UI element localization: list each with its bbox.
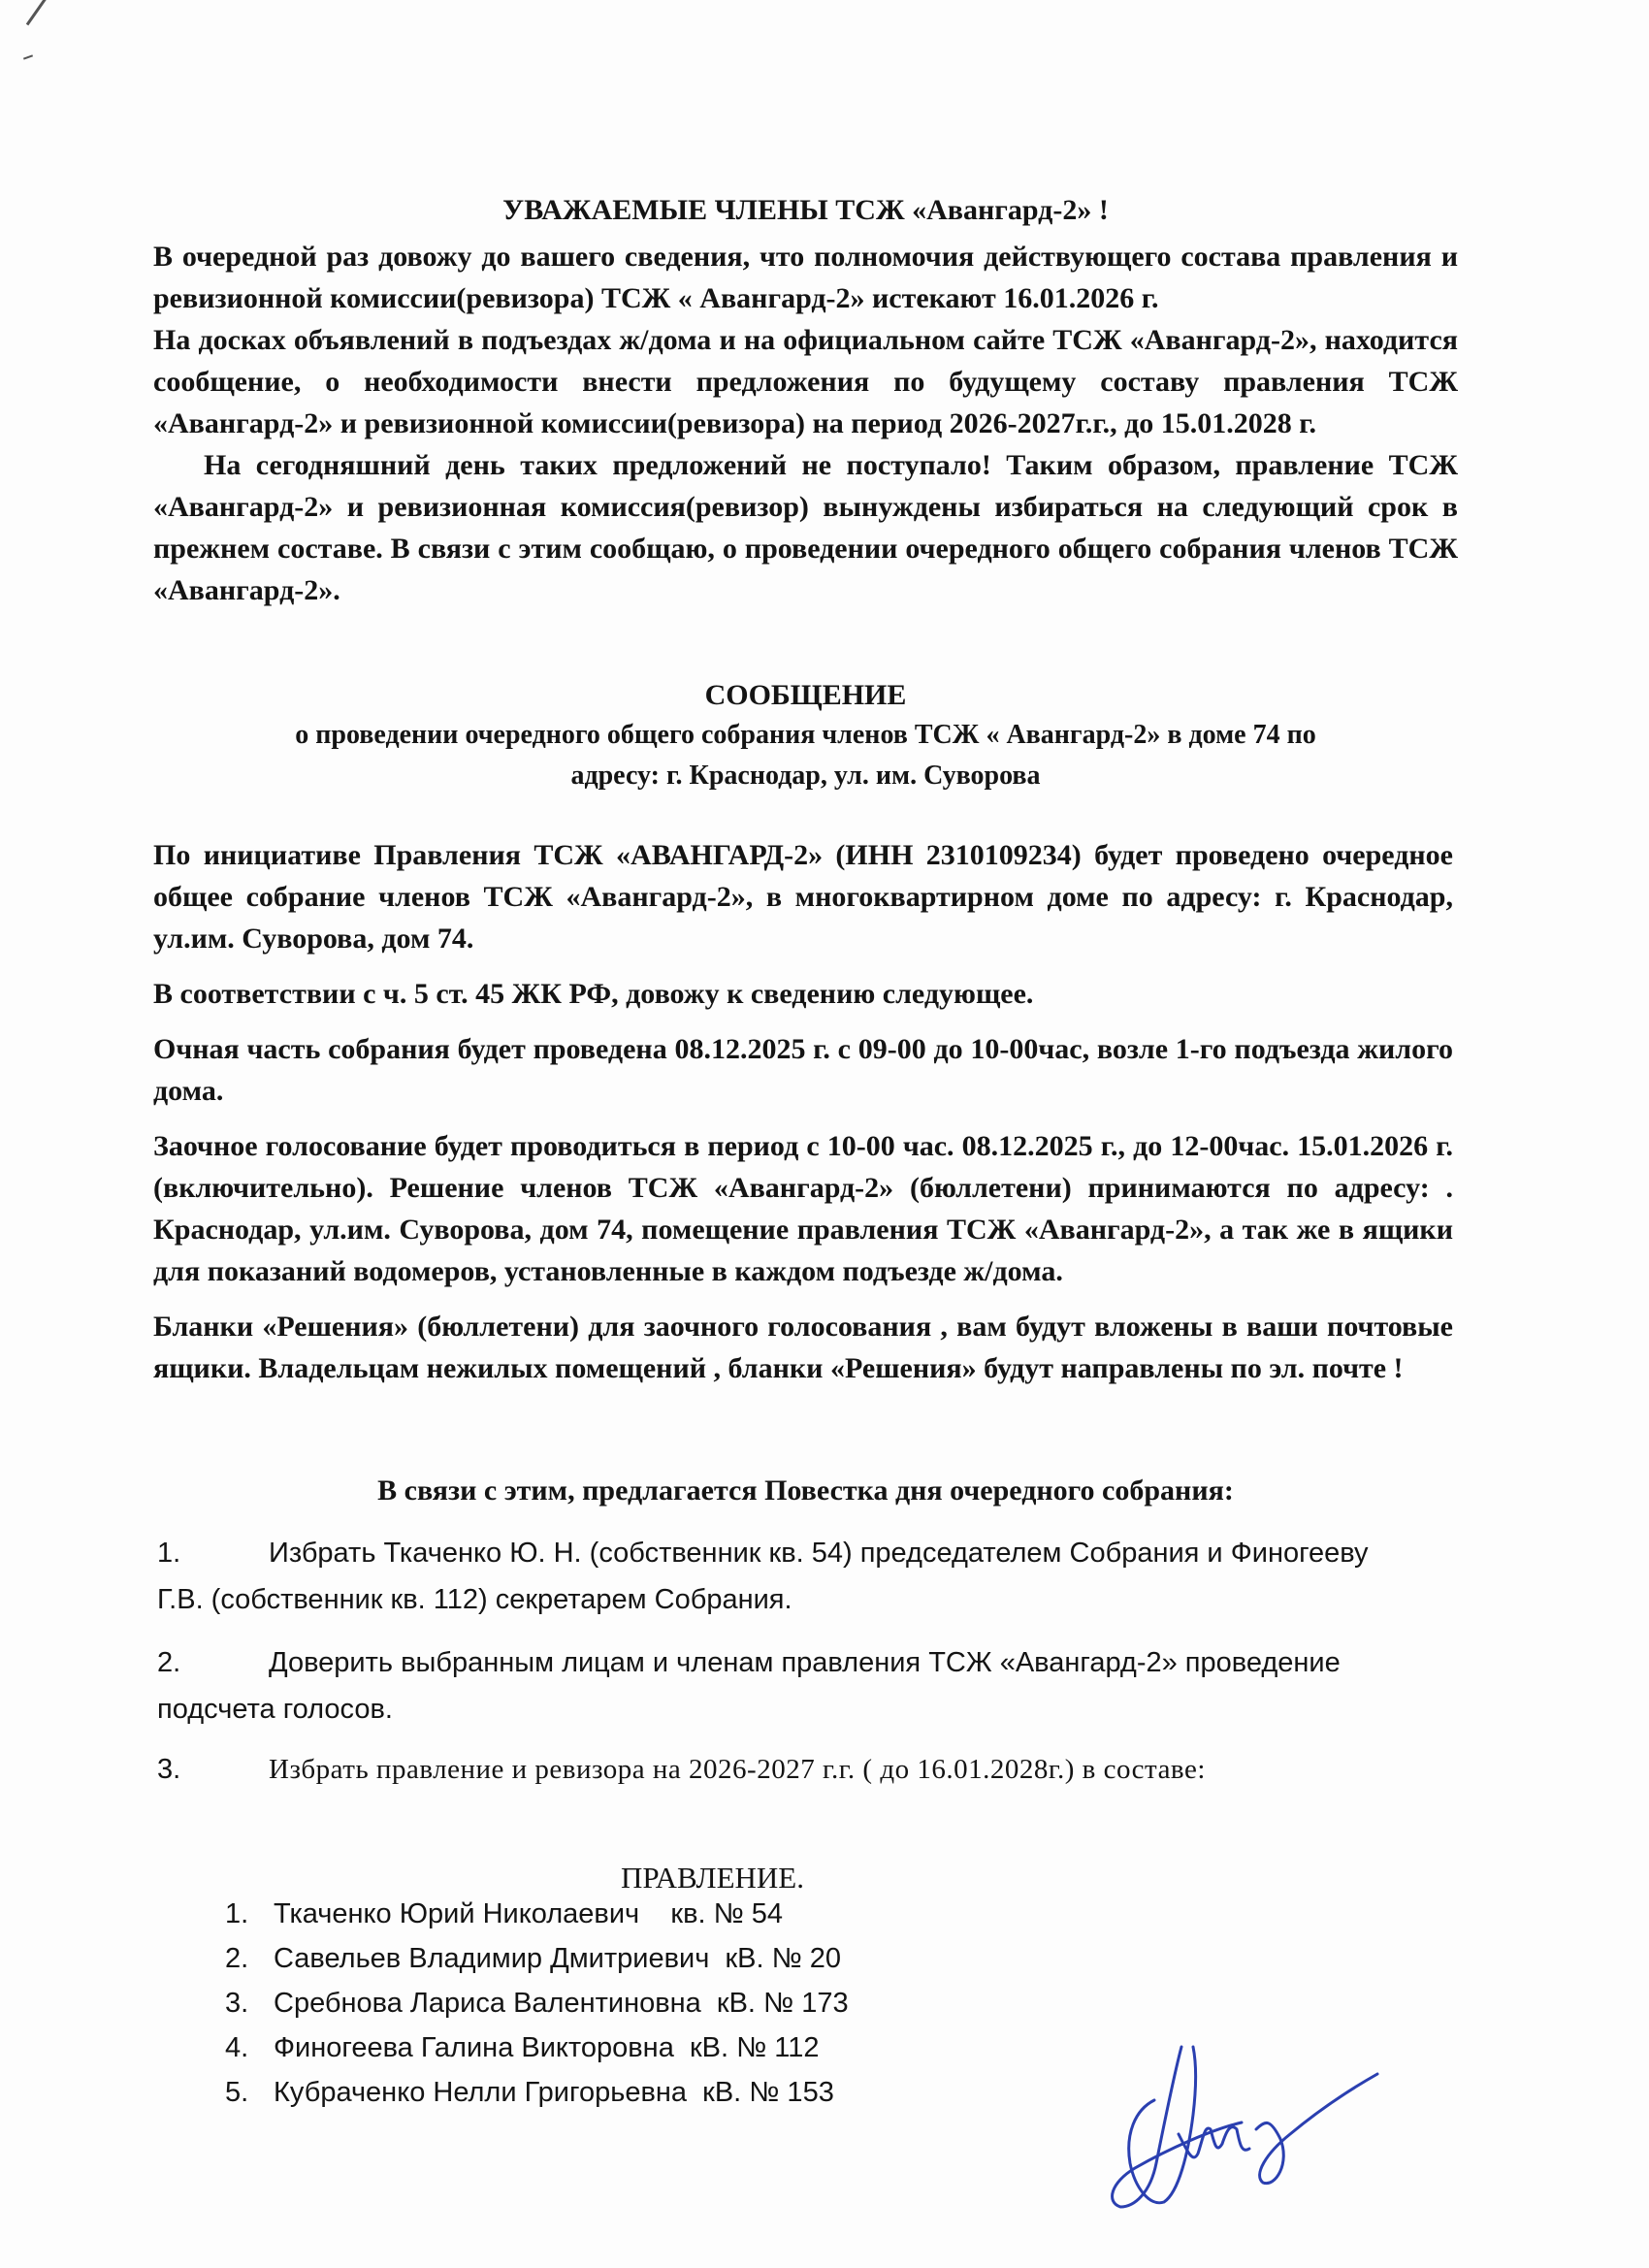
- board-member: 4.Финогеева Галина Викторовна кВ. № 112: [225, 2025, 849, 2070]
- intro-paragraph-3: На сегодняшний день таких предложений не…: [153, 444, 1458, 611]
- agenda-text: Избрать правление и ревизора на 2026-202…: [269, 1754, 1206, 1785]
- member-name: Кубраченко Нелли Григорьевна: [274, 2077, 687, 2108]
- document-page: УВАЖАЕМЫЕ ЧЛЕНЫ ТСЖ «Авангард-2» ! В оче…: [0, 0, 1649, 2268]
- member-number: 2.: [225, 1936, 274, 1981]
- agenda-number: 2.: [157, 1639, 269, 1686]
- agenda-number: 3.: [157, 1746, 269, 1793]
- board-member: 3.Сребнова Лариса Валентиновна кВ. № 173: [225, 1981, 849, 2025]
- member-name: Сребнова Лариса Валентиновна: [274, 1988, 701, 2019]
- body-paragraph-initiative: По инициативе Правления ТСЖ «АВАНГАРД-2»…: [153, 834, 1453, 959]
- body-paragraph-ballots: Бланки «Решения» (бюллетени) для заочног…: [153, 1306, 1453, 1389]
- member-apartment: кВ. № 20: [725, 1943, 841, 1974]
- member-number: 4.: [225, 2025, 274, 2070]
- member-apartment: кВ. № 112: [690, 2032, 820, 2063]
- agenda-item-3: 3.Избрать правление и ревизора на 2026-2…: [157, 1746, 1467, 1793]
- signature-icon: [1096, 2008, 1387, 2221]
- agenda-text-cont: Г.В. (собственник кв. 112) секретарем Со…: [157, 1576, 1467, 1623]
- board-member: 2.Савельев Владимир Дмитриевич кВ. № 20: [225, 1936, 849, 1981]
- member-apartment: кВ. № 153: [702, 2077, 834, 2108]
- pen-mark: [26, 0, 53, 25]
- agenda-text: Избрать Ткаченко Ю. Н. (собственник кв. …: [269, 1538, 1369, 1569]
- agenda-text-cont: подсчета голосов.: [157, 1686, 1467, 1733]
- body-paragraph-absentee: Заочное голосование будет проводиться в …: [153, 1125, 1453, 1292]
- member-number: 5.: [225, 2070, 274, 2115]
- member-number: 3.: [225, 1981, 274, 2025]
- greeting-heading: УВАЖАЕМЫЕ ЧЛЕНЫ ТСЖ «Авангард-2» !: [153, 194, 1458, 227]
- agenda-text: Доверить выбранным лицам и членам правле…: [269, 1647, 1341, 1678]
- member-apartment: кв. № 54: [670, 1898, 783, 1929]
- board-member: 5.Кубраченко Нелли Григорьевна кВ. № 153: [225, 2070, 849, 2115]
- board-members-list: 1.Ткаченко Юрий Николаевич кв. № 54 2.Са…: [225, 1892, 849, 2115]
- member-name: Финогеева Галина Викторовна: [274, 2032, 674, 2063]
- body-paragraph-law: В соответствии с ч. 5 ст. 45 ЖК РФ, дово…: [153, 973, 1453, 1015]
- message-title: СООБЩЕНИЕ: [153, 674, 1458, 716]
- board-member: 1.Ткаченко Юрий Николаевич кв. № 54: [225, 1892, 849, 1936]
- message-subtitle-line-2: адресу: г. Краснодар, ул. им. Суворова: [153, 756, 1458, 796]
- agenda-title: В связи с этим, предлагается Повестка дн…: [153, 1470, 1458, 1511]
- intro-paragraph-1: В очередной раз довожу до вашего сведени…: [153, 236, 1458, 319]
- message-subtitle: о проведении очередного общего собрания …: [153, 715, 1458, 796]
- agenda-item-1: 1.Избрать Ткаченко Ю. Н. (собственник кв…: [157, 1530, 1467, 1623]
- member-name: Ткаченко Юрий Николаевич: [274, 1898, 639, 1929]
- pen-mark-tail: [23, 54, 33, 59]
- body-section: По инициативе Правления ТСЖ «АВАНГАРД-2»…: [153, 834, 1453, 1389]
- intro-section: В очередной раз довожу до вашего сведени…: [153, 236, 1458, 611]
- intro-paragraph-2: На досках объявлений в подъездах ж/дома …: [153, 319, 1458, 444]
- agenda-number: 1.: [157, 1530, 269, 1576]
- member-number: 1.: [225, 1892, 274, 1936]
- message-subtitle-line-1: о проведении очередного общего собрания …: [153, 715, 1458, 756]
- agenda-item-2: 2.Доверить выбранным лицам и членам прав…: [157, 1639, 1467, 1733]
- body-paragraph-in-person: Очная часть собрания будет проведена 08.…: [153, 1028, 1453, 1112]
- member-apartment: кВ. № 173: [717, 1988, 849, 2019]
- board-title: ПРАВЛЕНИЕ.: [621, 1861, 804, 1895]
- member-name: Савельев Владимир Дмитриевич: [274, 1943, 709, 1974]
